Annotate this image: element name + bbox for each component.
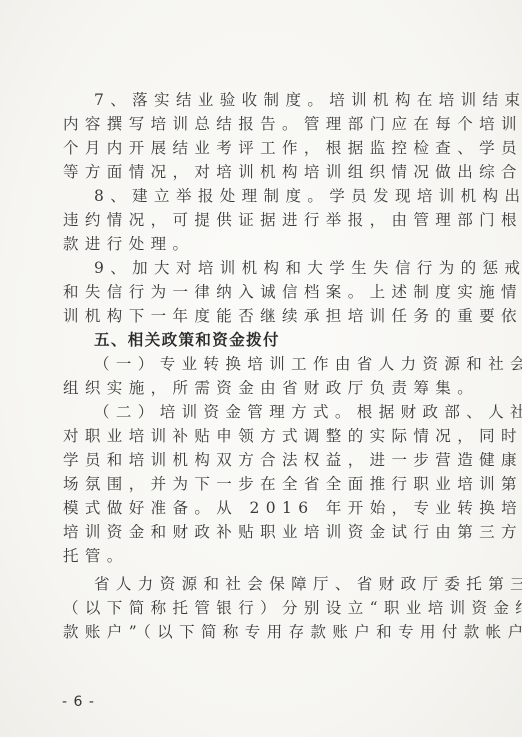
text-line: 款账户”（以下简称专用存款账户和专用付款帐户），并与“托管 <box>63 620 473 644</box>
text-line: （二）培训资金管理方式。根据财政部、人社部有关规定 <box>63 400 473 424</box>
text-line: 训机构下一年度能否继续承担培训任务的重要依据与参考。 <box>63 304 473 328</box>
text-line: 个月内开展结业考评工作，根据监控检查、学员反馈日常管理 <box>63 136 473 160</box>
text-line: 组织实施，所需资金由省财政厅负责筹集。 <box>63 376 473 400</box>
paragraph-section-5-1: （一）专业转换培训工作由省人力资源和社会保障厅具体 组织实施，所需资金由省财政厅… <box>63 352 473 400</box>
paragraph-section-5-2-continued: 省人力资源和社会保障厅、省财政厅委托第三方商业银行 （以下简称托管银行）分别设立… <box>63 572 473 644</box>
paragraph-item-7: 7、落实结业验收制度。培训机构在培训结束后，应按规定 内容撰写培训总结报告。管理… <box>63 88 473 184</box>
page-number: - 6 - <box>62 694 95 710</box>
text-line: 托管。 <box>63 544 473 568</box>
text-line: 7、落实结业验收制度。培训机构在培训结束后，应按规定 <box>63 88 473 112</box>
text-line: （一）专业转换培训工作由省人力资源和社会保障厅具体 <box>63 352 473 376</box>
text-line: 场氛围，并为下一步在全省全面推行职业培训第三方资金监管 <box>63 472 473 496</box>
text-line: 对职业培训补贴申领方式调整的实际情况，同时切实保障维护 <box>63 424 473 448</box>
text-line: 培训资金和财政补贴职业培训资金试行由第三方资金监管平台 <box>63 520 473 544</box>
text-line: 等方面情况，对培训机构培训组织情况做出综合评价。 <box>63 160 473 184</box>
text-line: 8、建立举报处理制度。学员发现培训机构出现协议明确的 <box>63 184 473 208</box>
paragraph-section-5-2: （二）培训资金管理方式。根据财政部、人社部有关规定 对职业培训补贴申领方式调整的… <box>63 400 473 568</box>
text-line: 和失信行为一律纳入诚信档案。上述制度实施情况一并做为培 <box>63 280 473 304</box>
text-line: 违约情况，可提供证据进行举报，由管理部门根据协议有关条 <box>63 208 473 232</box>
text-line: 内容撰写培训总结报告。管理部门应在每个培训班次结束前半 <box>63 112 473 136</box>
text-line: 省人力资源和社会保障厅、省财政厅委托第三方商业银行 <box>63 572 473 596</box>
document-page: 7、落实结业验收制度。培训机构在培训结束后，应按规定 内容撰写培训总结报告。管理… <box>0 0 522 737</box>
paragraph-item-9: 9、加大对培训机构和大学生失信行为的惩戒力度，对违约 和失信行为一律纳入诚信档案… <box>63 256 473 328</box>
text-line: 学员和培训机构双方合法权益，进一步营造健康良好的培训市 <box>63 448 473 472</box>
document-body: 7、落实结业验收制度。培训机构在培训结束后，应按规定 内容撰写培训总结报告。管理… <box>63 88 473 644</box>
paragraph-item-8: 8、建立举报处理制度。学员发现培训机构出现协议明确的 违约情况，可提供证据进行举… <box>63 184 473 256</box>
text-line: 9、加大对培训机构和大学生失信行为的惩戒力度，对违约 <box>63 256 473 280</box>
text-line: 模式做好准备。从 2016 年开始，专业转换培训学员先期垫付的 <box>63 496 473 520</box>
text-line: 款进行处理。 <box>63 232 473 256</box>
section-heading: 五、相关政策和资金拨付 <box>63 328 473 352</box>
text-line: （以下简称托管银行）分别设立“职业培训资金结算专用存、付 <box>63 596 473 620</box>
